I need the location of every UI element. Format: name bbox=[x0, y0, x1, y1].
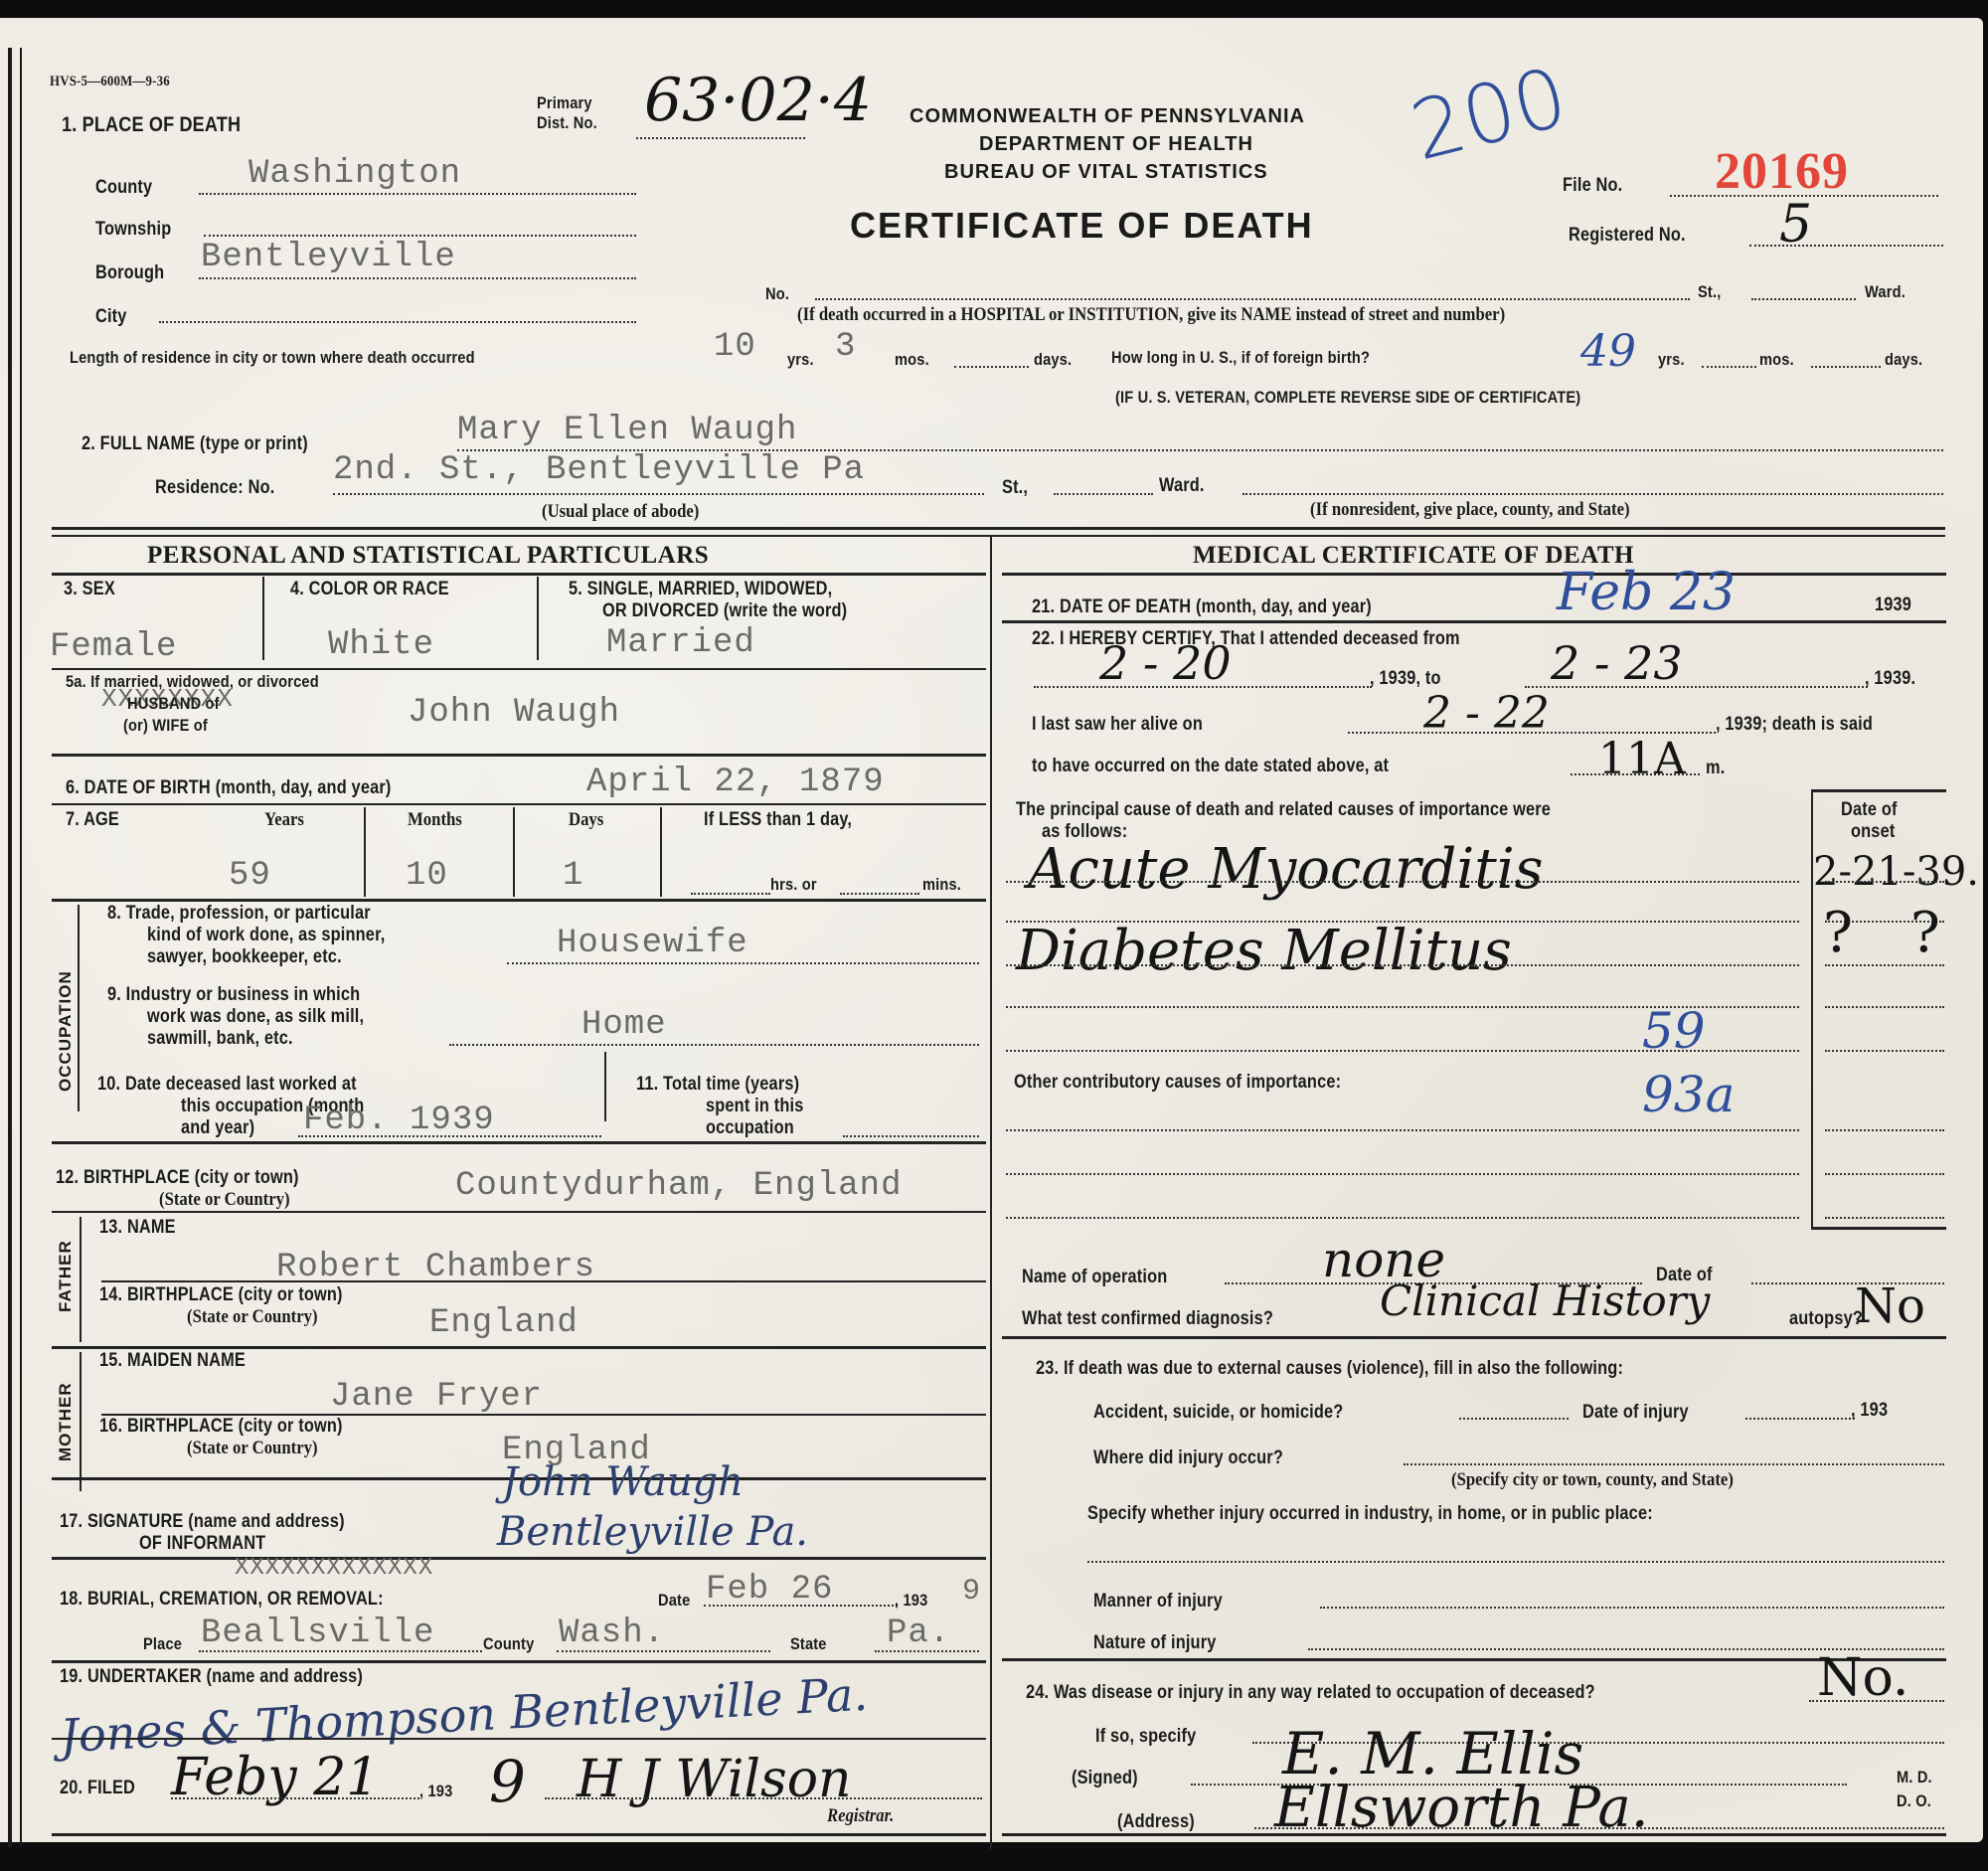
attended-to: 2 - 23 bbox=[1551, 636, 1683, 690]
registered-no-label: Registered No. bbox=[1569, 225, 1686, 247]
undertaker-label: 19. UNDERTAKER (name and address) bbox=[60, 1666, 363, 1688]
certify-label: 22. I HEREBY CERTIFY, That I attended de… bbox=[1032, 628, 1460, 650]
form-code: HVS-5—600M—9-36 bbox=[50, 74, 170, 90]
certificate-title: CERTIFICATE OF DEATH bbox=[850, 205, 1314, 247]
burial-place-value: Beallsville bbox=[201, 1615, 434, 1652]
total-time-label-1: 11. Total time (years) bbox=[636, 1074, 799, 1096]
occurred-suffix: m. bbox=[1706, 758, 1725, 779]
us-mos-label: mos. bbox=[1759, 350, 1794, 370]
burial-state-label: State bbox=[790, 1634, 827, 1654]
us-years: 49 bbox=[1580, 326, 1636, 377]
date-of-death-value: Feb 23 bbox=[1557, 563, 1736, 622]
total-time-label-3: occupation bbox=[706, 1117, 794, 1139]
place-of-death-heading: 1. PLACE OF DEATH bbox=[62, 113, 241, 137]
birthplace-value: Countydurham, England bbox=[455, 1167, 902, 1205]
borough-label: Borough bbox=[95, 262, 164, 284]
residence-ward-label: Ward. bbox=[1159, 475, 1205, 497]
filed-label: 20. FILED bbox=[60, 1778, 135, 1799]
abode-note: (Usual place of abode) bbox=[542, 501, 699, 523]
onset-1: 2-21-39. bbox=[1813, 849, 1979, 895]
industry-value: Home bbox=[581, 1006, 667, 1044]
dob-label: 6. DATE OF BIRTH (month, day, and year) bbox=[66, 777, 391, 799]
industry-label-3: sawmill, bank, etc. bbox=[147, 1028, 293, 1050]
father-birthplace-label-1: 14. BIRTHPLACE (city or town) bbox=[99, 1284, 343, 1306]
hrs-label: hrs. or bbox=[770, 875, 817, 895]
age-days: 1 bbox=[563, 857, 583, 895]
filed-year-prefix: , 193 bbox=[419, 1782, 452, 1801]
autopsy-value: No bbox=[1855, 1278, 1925, 1334]
attended-from-year: , 1939, to bbox=[1370, 668, 1441, 690]
operation-label: Name of operation bbox=[1022, 1267, 1167, 1288]
days-label: days. bbox=[1034, 350, 1072, 370]
burial-year-suffix: 9 bbox=[962, 1575, 981, 1609]
attended-to-year: , 1939. bbox=[1865, 668, 1915, 690]
sex-value: Female bbox=[50, 628, 177, 666]
residence-value: 2nd. St., Bentleyville Pa bbox=[333, 451, 865, 489]
occupation-side-label: OCCUPATION bbox=[56, 970, 76, 1092]
death-certificate: HVS-5—600M—9-36 1. PLACE OF DEATH Primar… bbox=[0, 18, 1983, 1842]
primary-dist-value: 63·02·4 bbox=[644, 66, 872, 135]
age-years: 59 bbox=[229, 857, 271, 895]
cause-1: Acute Myocarditis bbox=[1028, 837, 1543, 902]
informant-label-2: OF INFORMANT bbox=[139, 1533, 265, 1555]
mother-side-label: MOTHER bbox=[56, 1382, 76, 1461]
marital-label-2: OR DIVORCED (write the word) bbox=[602, 600, 847, 622]
marital-value: Married bbox=[606, 624, 755, 662]
margin-note: 200 bbox=[1403, 50, 1576, 179]
father-name-label: 13. NAME bbox=[99, 1217, 176, 1239]
street-st-label: St., bbox=[1698, 282, 1721, 302]
burial-place-label: Place bbox=[143, 1634, 182, 1654]
last-worked-value: Feb. 1939 bbox=[303, 1102, 495, 1139]
birthplace-label-1: 12. BIRTHPLACE (city or town) bbox=[56, 1167, 299, 1189]
yrs-label: yrs. bbox=[787, 350, 814, 370]
onset-label-2: onset bbox=[1851, 821, 1895, 843]
do-label: D. O. bbox=[1897, 1791, 1931, 1811]
burial-year-prefix: , 193 bbox=[895, 1591, 927, 1611]
mother-name-value: Jane Fryer bbox=[330, 1378, 543, 1416]
date-of-death-year: 1939 bbox=[1875, 595, 1911, 616]
mother-name-label: 15. MAIDEN NAME bbox=[99, 1350, 246, 1372]
us-duration-label: How long in U. S., if of foreign birth? bbox=[1111, 348, 1370, 368]
industry-label-1: 9. Industry or business in which bbox=[107, 984, 360, 1006]
months-label: Months bbox=[408, 809, 462, 831]
nonresident-note: (If nonresident, give place, county, and… bbox=[1310, 499, 1630, 521]
years-label: Years bbox=[264, 809, 304, 831]
filed-year-suffix: 9 bbox=[489, 1748, 526, 1815]
father-birthplace-label-2: (State or Country) bbox=[187, 1306, 318, 1328]
left-border-inner bbox=[20, 48, 22, 1847]
race-label: 4. COLOR OR RACE bbox=[290, 579, 449, 600]
burial-label: 18. BURIAL, CREMATION, OR REMOVAL: bbox=[60, 1589, 384, 1611]
mother-birthplace-label-2: (State or Country) bbox=[187, 1438, 318, 1459]
burial-struck: XXXXXXXXXXXXX bbox=[235, 1555, 433, 1582]
days-label: Days bbox=[569, 809, 603, 831]
registrar-label: Registrar. bbox=[827, 1805, 894, 1827]
informant-label-1: 17. SIGNATURE (name and address) bbox=[60, 1511, 345, 1533]
residence-years: 10 bbox=[714, 328, 756, 366]
spouse-label-2: HUSBAND of bbox=[127, 694, 220, 714]
burial-county-label: County bbox=[483, 1634, 534, 1654]
street-ward-label: Ward. bbox=[1865, 282, 1905, 302]
age-months: 10 bbox=[406, 857, 448, 895]
full-name-value: Mary Ellen Waugh bbox=[457, 412, 797, 449]
attended-from: 2 - 20 bbox=[1099, 636, 1232, 690]
file-no-value: 20169 bbox=[1715, 142, 1849, 201]
race-value: White bbox=[328, 626, 434, 664]
last-saw-year: , 1939; death is said bbox=[1716, 714, 1873, 736]
birthplace-label-2: (State or Country) bbox=[159, 1189, 290, 1211]
spouse-value: John Waugh bbox=[408, 694, 620, 732]
borough-value: Bentleyville bbox=[201, 239, 456, 276]
residence-length-label: Length of residence in city or town wher… bbox=[70, 348, 475, 368]
county-value: Washington bbox=[248, 155, 461, 193]
left-border bbox=[8, 48, 12, 1847]
trade-value: Housewife bbox=[557, 925, 748, 962]
state-name: COMMONWEALTH OF PENNSYLVANIA bbox=[910, 105, 1305, 128]
date-of-death-label: 21. DATE OF DEATH (month, day, and year) bbox=[1032, 596, 1372, 618]
veteran-note: (IF U. S. VETERAN, COMPLETE REVERSE SIDE… bbox=[1115, 388, 1580, 408]
industry-label-2: work was done, as silk mill, bbox=[147, 1006, 364, 1028]
test-label: What test confirmed diagnosis? bbox=[1022, 1308, 1273, 1330]
physician-address: Ellsworth Pa. bbox=[1274, 1776, 1649, 1840]
trade-label-3: sawyer, bookkeeper, etc. bbox=[147, 946, 342, 968]
injury-manner-label: Manner of injury bbox=[1093, 1591, 1223, 1613]
less-than-day-label: If LESS than 1 day, bbox=[704, 809, 852, 831]
onset-2: ? ? bbox=[1823, 901, 1960, 965]
injury-date-label: Date of injury bbox=[1582, 1402, 1689, 1424]
burial-state-value: Pa. bbox=[887, 1615, 950, 1652]
external-causes-label: 23. If death was due to external causes … bbox=[1036, 1358, 1623, 1380]
occupation-related-value: No. bbox=[1817, 1648, 1908, 1708]
mins-label: mins. bbox=[922, 875, 961, 895]
primary-label: Primary bbox=[537, 93, 592, 113]
bureau-name: BUREAU OF VITAL STATISTICS bbox=[944, 161, 1268, 184]
personal-heading: PERSONAL AND STATISTICAL PARTICULARS bbox=[147, 542, 709, 570]
md-label: M. D. bbox=[1897, 1768, 1932, 1787]
if-so-label: If so, specify bbox=[1095, 1726, 1196, 1748]
township-label: Township bbox=[95, 219, 171, 241]
total-time-label-2: spent in this bbox=[706, 1096, 803, 1117]
father-birthplace-value: England bbox=[429, 1304, 579, 1342]
dist-no-label: Dist. No. bbox=[537, 113, 597, 133]
mos-label: mos. bbox=[895, 350, 929, 370]
registrar-signature: H J Wilson bbox=[577, 1750, 852, 1809]
occurred-time: 11A bbox=[1598, 734, 1686, 784]
burial-county-value: Wash. bbox=[559, 1615, 665, 1652]
spouse-label-3: (or) WIFE of bbox=[123, 716, 208, 736]
street-no-label: No. bbox=[765, 284, 789, 304]
last-worked-label-3: and year) bbox=[181, 1117, 254, 1139]
occupation-related-label: 24. Was disease or injury in any way rel… bbox=[1026, 1682, 1595, 1704]
injury-year-label: , 193 bbox=[1851, 1400, 1888, 1422]
mother-birthplace-label-1: 16. BIRTHPLACE (city or town) bbox=[99, 1416, 343, 1438]
test-value: Clinical History bbox=[1380, 1276, 1710, 1325]
onset-label-1: Date of bbox=[1841, 799, 1898, 821]
last-worked-label-1: 10. Date deceased last worked at bbox=[97, 1074, 357, 1096]
injury-where-label: Where did injury occur? bbox=[1093, 1447, 1283, 1469]
department-name: DEPARTMENT OF HEALTH bbox=[979, 133, 1253, 156]
us-days-label: days. bbox=[1885, 350, 1922, 370]
informant-signature-address: Bentleyville Pa. bbox=[497, 1509, 808, 1555]
residence-st-label: St., bbox=[1002, 477, 1028, 499]
trade-label-2: kind of work done, as spinner, bbox=[147, 925, 385, 946]
signed-label: (Signed) bbox=[1072, 1768, 1138, 1789]
injury-where-note: (Specify city or town, county, and State… bbox=[1451, 1469, 1734, 1491]
injury-place-type-label: Specify whether injury occurred in indus… bbox=[1087, 1503, 1653, 1525]
residence-label: Residence: No. bbox=[155, 477, 274, 499]
father-side-label: FATHER bbox=[56, 1240, 76, 1312]
registered-no-value: 5 bbox=[1779, 195, 1812, 255]
address-label: (Address) bbox=[1117, 1811, 1195, 1833]
occurred-label: to have occurred on the date stated abov… bbox=[1032, 756, 1389, 777]
marital-label-1: 5. SINGLE, MARRIED, WIDOWED, bbox=[569, 579, 832, 600]
sex-label: 3. SEX bbox=[64, 579, 115, 600]
accident-label: Accident, suicide, or homicide? bbox=[1093, 1402, 1343, 1424]
cause-code-2: 93a bbox=[1642, 1066, 1735, 1123]
full-name-label: 2. FULL NAME (type or print) bbox=[82, 433, 308, 455]
dob-value: April 22, 1879 bbox=[586, 764, 885, 801]
last-saw-label: I last saw her alive on bbox=[1032, 714, 1203, 736]
age-label: 7. AGE bbox=[66, 809, 119, 831]
hospital-note: (If death occurred in a HOSPITAL or INST… bbox=[797, 304, 1505, 326]
county-label: County bbox=[95, 177, 152, 199]
contributory-label: Other contributory causes of importance: bbox=[1014, 1072, 1341, 1094]
cause-2: Diabetes Mellitus bbox=[1016, 919, 1512, 983]
trade-label-1: 8. Trade, profession, or particular bbox=[107, 903, 371, 925]
city-label: City bbox=[95, 306, 127, 328]
autopsy-label: autopsy? bbox=[1789, 1308, 1863, 1330]
cause-label-1: The principal cause of death and related… bbox=[1016, 799, 1551, 821]
informant-signature-name: John Waugh bbox=[502, 1459, 744, 1505]
file-no-label: File No. bbox=[1563, 175, 1622, 197]
us-yrs-label: yrs. bbox=[1658, 350, 1685, 370]
residence-months: 3 bbox=[835, 328, 856, 366]
burial-date-value: Feb 26 bbox=[706, 1571, 833, 1609]
burial-date-label: Date bbox=[658, 1591, 690, 1611]
injury-nature-label: Nature of injury bbox=[1093, 1632, 1217, 1654]
